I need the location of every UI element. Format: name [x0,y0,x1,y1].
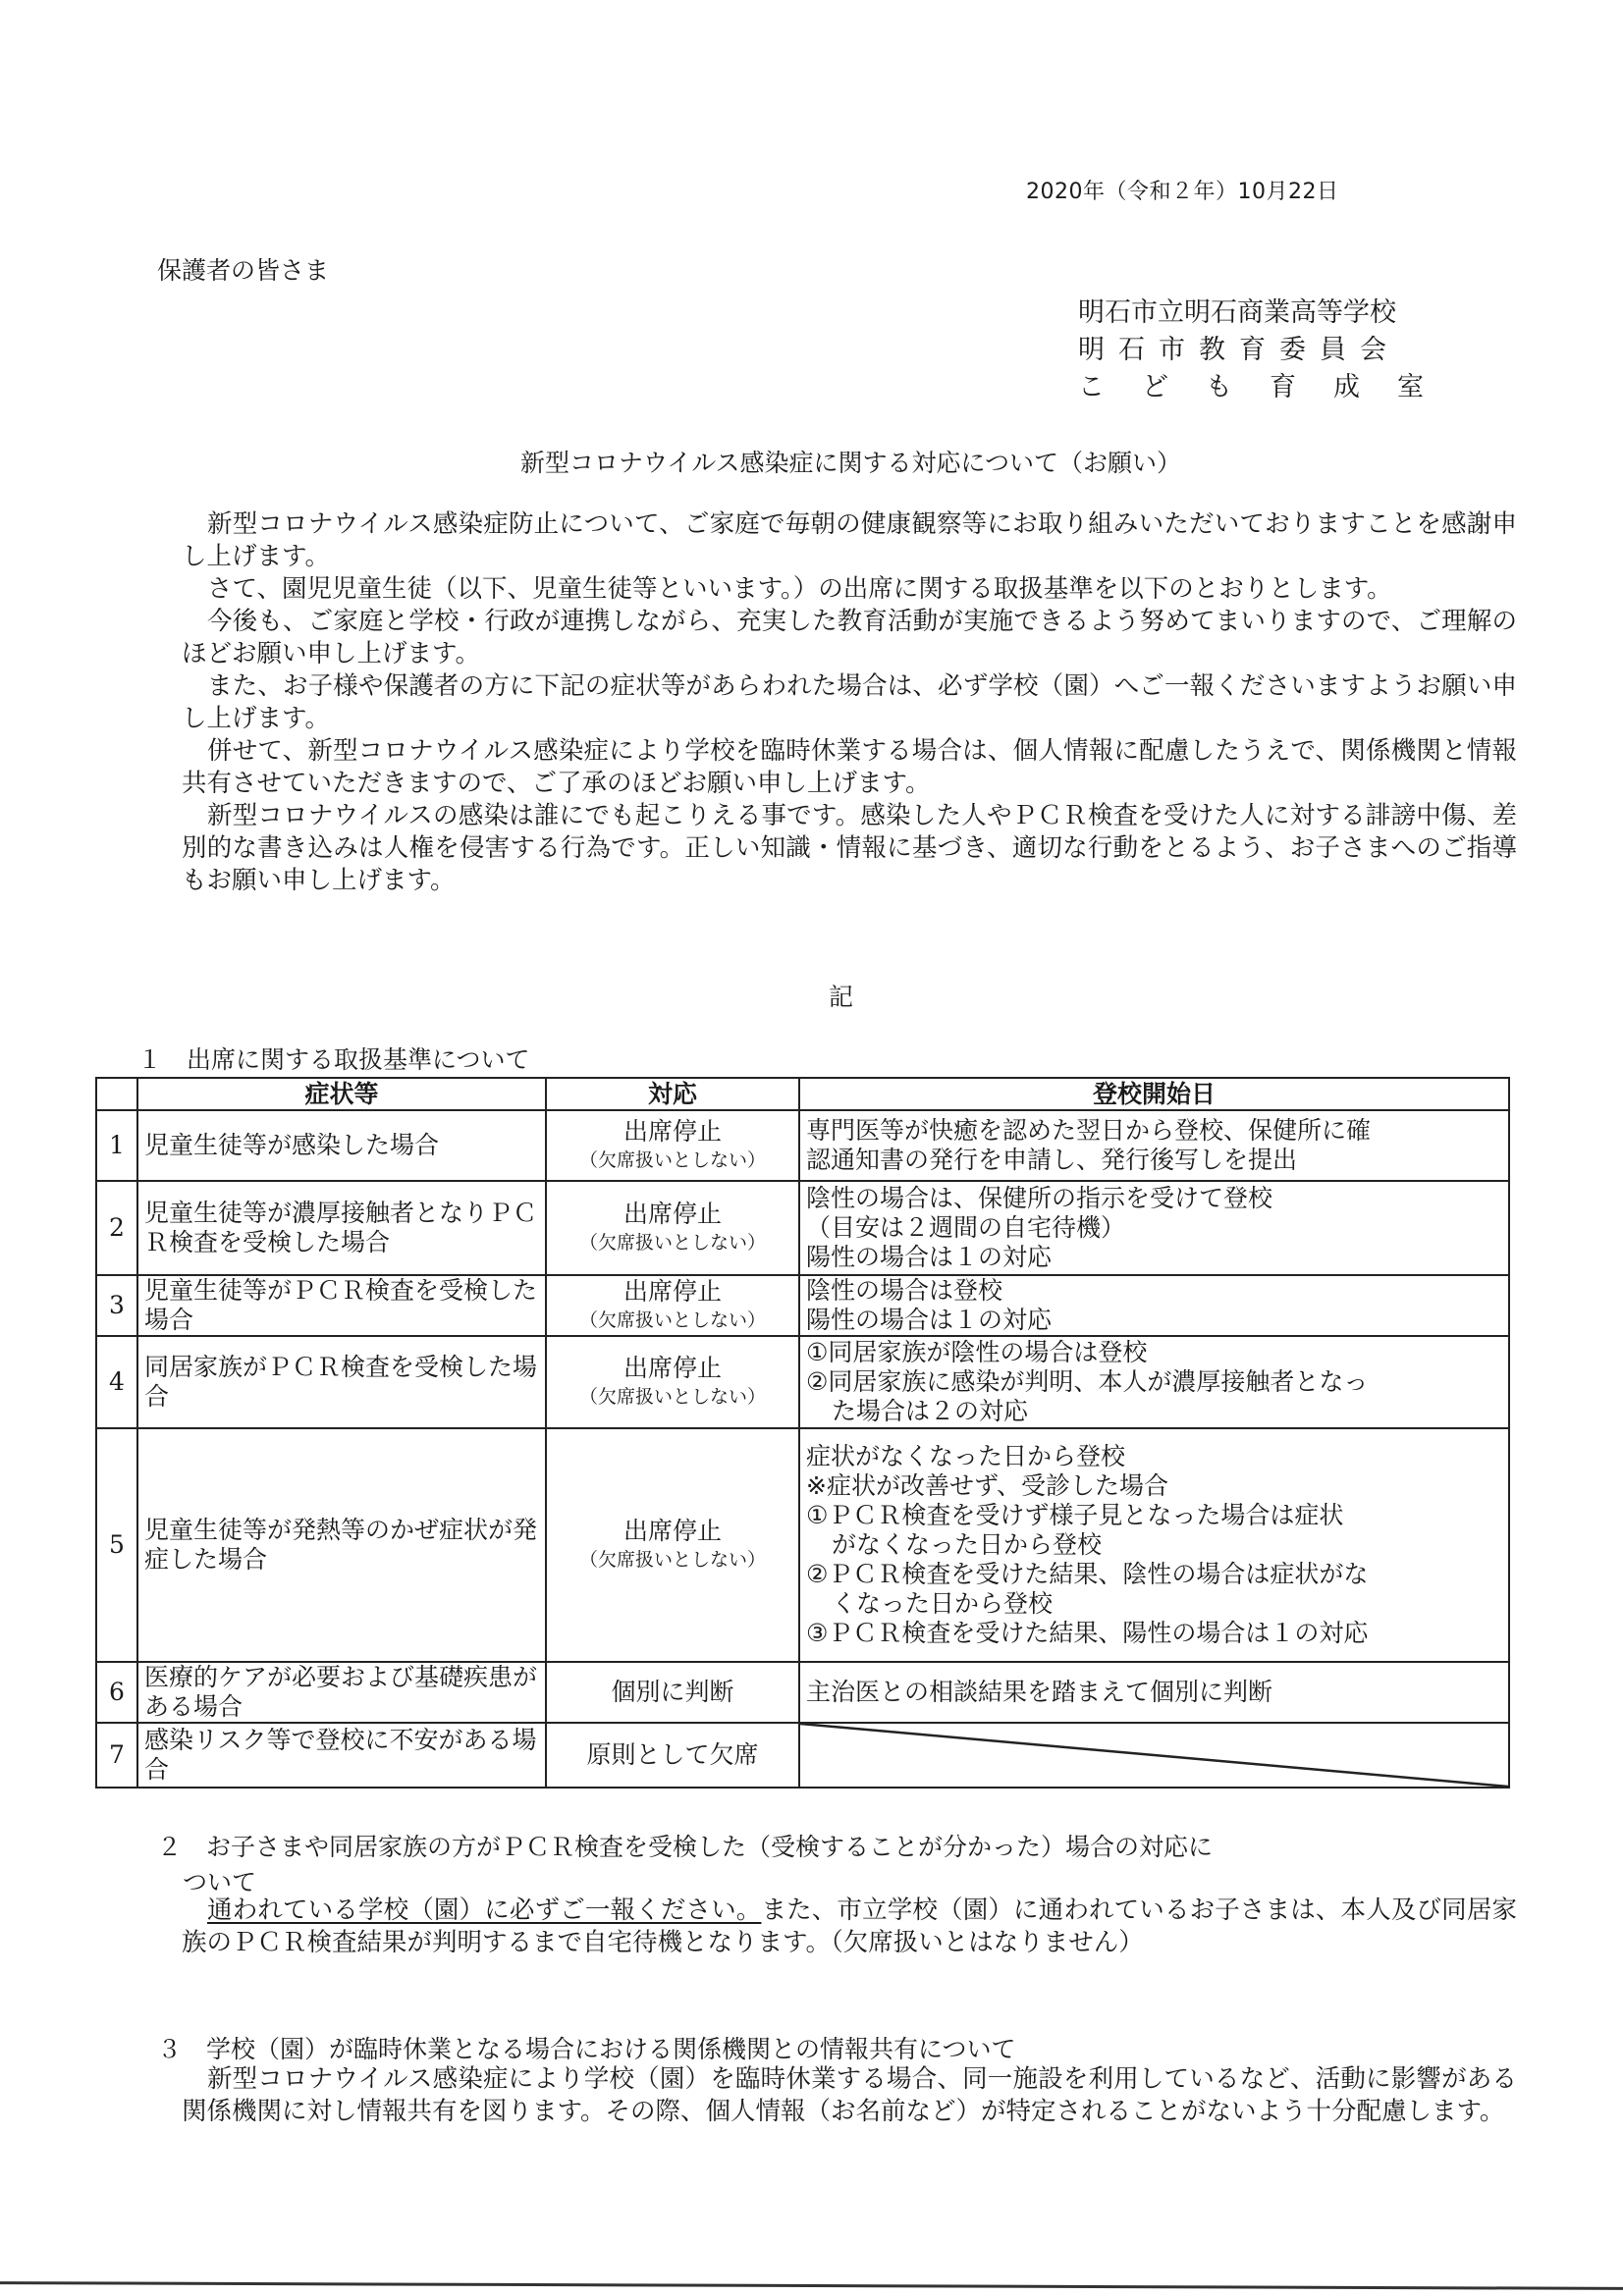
section3-paragraph: 新型コロナウイルス感染症により学校（園）を臨時休業する場合、同一施設を利用してい… [182,2063,1517,2128]
table-row: 5 児童生徒等が発熱等のかぜ症状が発症した場合 出席停止（欠席扱いとしない） 症… [96,1428,1509,1662]
response-label: 原則として欠席 [586,1740,758,1769]
table-row: 3 児童生徒等がＰＣＲ検査を受検した場合 出席停止（欠席扱いとしない） 陰性の場… [96,1275,1509,1336]
section-number: ２ [157,1828,206,1863]
underlined-instruction: 通われている学校（園）に必ずご一報ください。 [207,1896,761,1925]
sender-board: 明石市教育委員会 [1078,332,1461,369]
table-row: 2 児童生徒等が濃厚接触者となりＰＣＲ検査を受検した場合 出席停止（欠席扱いとし… [96,1181,1509,1275]
symptom-cell: 感染リスク等で登校に不安がある場合 [137,1723,546,1788]
start-line: （目安は２週間の自宅待機） [806,1213,1502,1243]
table-row: 7 感染リスク等で登校に不安がある場合 原則として欠席 [96,1723,1509,1788]
row-number: 6 [96,1662,137,1723]
response-cell: 出席停止（欠席扱いとしない） [546,1428,799,1662]
intro-body: 新型コロナウイルス感染症防止について、ご家庭で毎朝の健康観察等にお取り組みいただ… [182,508,1517,897]
header-symptom: 症状等 [137,1078,546,1110]
section2-paragraph: 通われている学校（園）に必ずご一報ください。また、市立学校（園）に通われているお… [182,1895,1517,1959]
start-line: 主治医との相談結果を踏まえて個別に判断 [806,1678,1502,1707]
start-line: ①同居家族が陰性の場合は登校 [806,1338,1502,1367]
row-number: 2 [96,1181,137,1275]
response-cell: 原則として欠席 [546,1723,799,1788]
intro-paragraph: 併せて、新型コロナウイルス感染症により学校を臨時休業する場合は、個人情報に配慮し… [182,735,1517,800]
response-note: （欠席扱いとしない） [553,1147,792,1174]
intro-paragraph: 今後も、ご家庭と学校・行政が連携しながら、充実した教育活動が実施できるよう努めて… [182,606,1517,670]
response-cell: 出席停止（欠席扱いとしない） [546,1336,799,1428]
attendance-criteria-table: 症状等 対応 登校開始日 1 児童生徒等が感染した場合 出席停止（欠席扱いとしな… [95,1077,1510,1789]
section1-heading: １出席に関する取扱基準について [137,1041,530,1076]
start-date-cell: 陰性の場合は、保健所の指示を受けて登校 （目安は２週間の自宅待機） 陽性の場合は… [799,1181,1509,1275]
document-date: 2020年（令和２年）10月22日 [1026,175,1338,205]
table-row: 4 同居家族がＰＣＲ検査を受検した場合 出席停止（欠席扱いとしない） ①同居家族… [96,1336,1509,1428]
header-no [96,1078,137,1110]
symptom-cell: 児童生徒等が濃厚接触者となりＰＣＲ検査を受検した場合 [137,1181,546,1275]
table-header-row: 症状等 対応 登校開始日 [96,1078,1509,1110]
section-number: １ [137,1041,187,1076]
response-label: 出席停止 [623,1117,722,1146]
section-title: お子さまや同居家族の方がＰＣＲ検査を受検した（受検することが分かった）場合の対応… [206,1833,1213,1861]
section2-body: 通われている学校（園）に必ずご一報ください。また、市立学校（園）に通われているお… [182,1895,1517,1959]
start-date-cell: 症状がなくなった日から登校 ※症状が改善せず、受診した場合 ①ＰＣＲ検査を受けず… [799,1428,1509,1662]
response-cell: 出席停止（欠席扱いとしない） [546,1275,799,1336]
scan-edge-line [0,2281,1623,2290]
symptom-cell: 同居家族がＰＣＲ検査を受検した場合 [137,1336,546,1428]
start-line: 陰性の場合は登校 [806,1276,1502,1306]
row-number: 4 [96,1336,137,1428]
row-number: 7 [96,1723,137,1788]
start-line: た場合は２の対応 [806,1397,1502,1426]
start-date-cell: ①同居家族が陰性の場合は登校 ②同居家族に感染が判明、本人が濃厚接触者となっ た… [799,1336,1509,1428]
start-line: 陰性の場合は、保健所の指示を受けて登校 [806,1184,1502,1213]
start-line: がなくなった日から登校 [806,1530,1502,1560]
response-label: 出席停止 [623,1517,722,1545]
start-date-cell: 陰性の場合は登校 陽性の場合は１の対応 [799,1275,1509,1336]
start-date-cell: 主治医との相談結果を踏まえて個別に判断 [799,1662,1509,1723]
intro-paragraph: さて、園児児童生徒（以下、児童生徒等といいます。）の出席に関する取扱基準を以下の… [182,573,1517,606]
header-start-date: 登校開始日 [799,1078,1509,1110]
sender-school: 明石市立明石商業高等学校 [1078,294,1461,332]
section2-heading: ２お子さまや同居家族の方がＰＣＲ検査を受検した（受検することが分かった）場合の対… [157,1828,1213,1898]
section3-heading: ３学校（園）が臨時休業となる場合における関係機関との情報共有について [157,2030,1016,2065]
start-line: 陽性の場合は１の対応 [806,1306,1502,1335]
section-number: ３ [157,2030,206,2065]
sender-block: 明石市立明石商業高等学校 明石市教育委員会 こども育成室 [1078,294,1461,406]
symptom-cell: 児童生徒等が感染した場合 [137,1110,546,1181]
response-label: 出席停止 [623,1354,722,1382]
response-label: 出席停止 [623,1200,722,1228]
row-number: 5 [96,1428,137,1662]
response-cell: 個別に判断 [546,1662,799,1723]
start-line: ①ＰＣＲ検査を受けず様子見となった場合は症状 [806,1501,1502,1530]
intro-paragraph: 新型コロナウイルス感染症防止について、ご家庭で毎朝の健康観察等にお取り組みいただ… [182,508,1517,573]
start-date-cell: 専門医等が快癒を認めた翌日から登校、保健所に確 認通知書の発行を申請し、発行後写… [799,1110,1509,1181]
symptom-cell: 児童生徒等が発熱等のかぜ症状が発症した場合 [137,1428,546,1662]
intro-paragraph: 新型コロナウイルスの感染は誰にでも起こりえる事です。感染した人やＰＣＲ検査を受け… [182,800,1517,897]
section-title: 出席に関する取扱基準について [187,1045,530,1074]
start-line: 陽性の場合は１の対応 [806,1243,1502,1272]
start-line: くなった日から登校 [806,1589,1502,1619]
sender-office: こども育成室 [1078,369,1461,406]
intro-paragraph: また、お子様や保護者の方に下記の症状等があらわれた場合は、必ず学校（園）へご一報… [182,670,1517,735]
empty-diagonal-cell [799,1723,1509,1788]
response-label: 個別に判断 [611,1678,733,1706]
symptom-cell: 児童生徒等がＰＣＲ検査を受検した場合 [137,1275,546,1336]
response-cell: 出席停止（欠席扱いとしない） [546,1110,799,1181]
start-line: 認通知書の発行を申請し、発行後写しを提出 [806,1146,1502,1175]
start-line: 症状がなくなった日から登校 [806,1442,1502,1471]
response-cell: 出席停止（欠席扱いとしない） [546,1181,799,1275]
document-title: 新型コロナウイルス感染症に関する対応について（お願い） [0,444,1623,479]
addressee: 保護者の皆さま [157,251,329,287]
row-number: 1 [96,1110,137,1181]
response-note: （欠席扱いとしない） [553,1229,792,1256]
section3-body: 新型コロナウイルス感染症により学校（園）を臨時休業する場合、同一施設を利用してい… [182,2063,1517,2128]
table-row: 1 児童生徒等が感染した場合 出席停止（欠席扱いとしない） 専門医等が快癒を認め… [96,1110,1509,1181]
response-label: 出席停止 [623,1277,722,1306]
response-note: （欠席扱いとしない） [553,1546,792,1574]
table-row: 6 医療的ケアが必要および基礎疾患がある場合 個別に判断 主治医との相談結果を踏… [96,1662,1509,1723]
start-line: ②同居家族に感染が判明、本人が濃厚接触者となっ [806,1367,1502,1397]
start-line: 専門医等が快癒を認めた翌日から登校、保健所に確 [806,1116,1502,1146]
header-response: 対応 [546,1078,799,1110]
response-note: （欠席扱いとしない） [553,1383,792,1411]
ki-marker: 記 [0,978,1623,1013]
row-number: 3 [96,1275,137,1336]
symptom-cell: 医療的ケアが必要および基礎疾患がある場合 [137,1662,546,1723]
start-line: ③ＰＣＲ検査を受けた結果、陽性の場合は１の対応 [806,1619,1502,1648]
start-line: ②ＰＣＲ検査を受けた結果、陰性の場合は症状がな [806,1560,1502,1589]
response-note: （欠席扱いとしない） [553,1307,792,1334]
section-title-continued: ついて [157,1863,1213,1898]
start-line: ※症状が改善せず、受診した場合 [806,1471,1502,1501]
section-title: 学校（園）が臨時休業となる場合における関係機関との情報共有について [206,2035,1016,2063]
